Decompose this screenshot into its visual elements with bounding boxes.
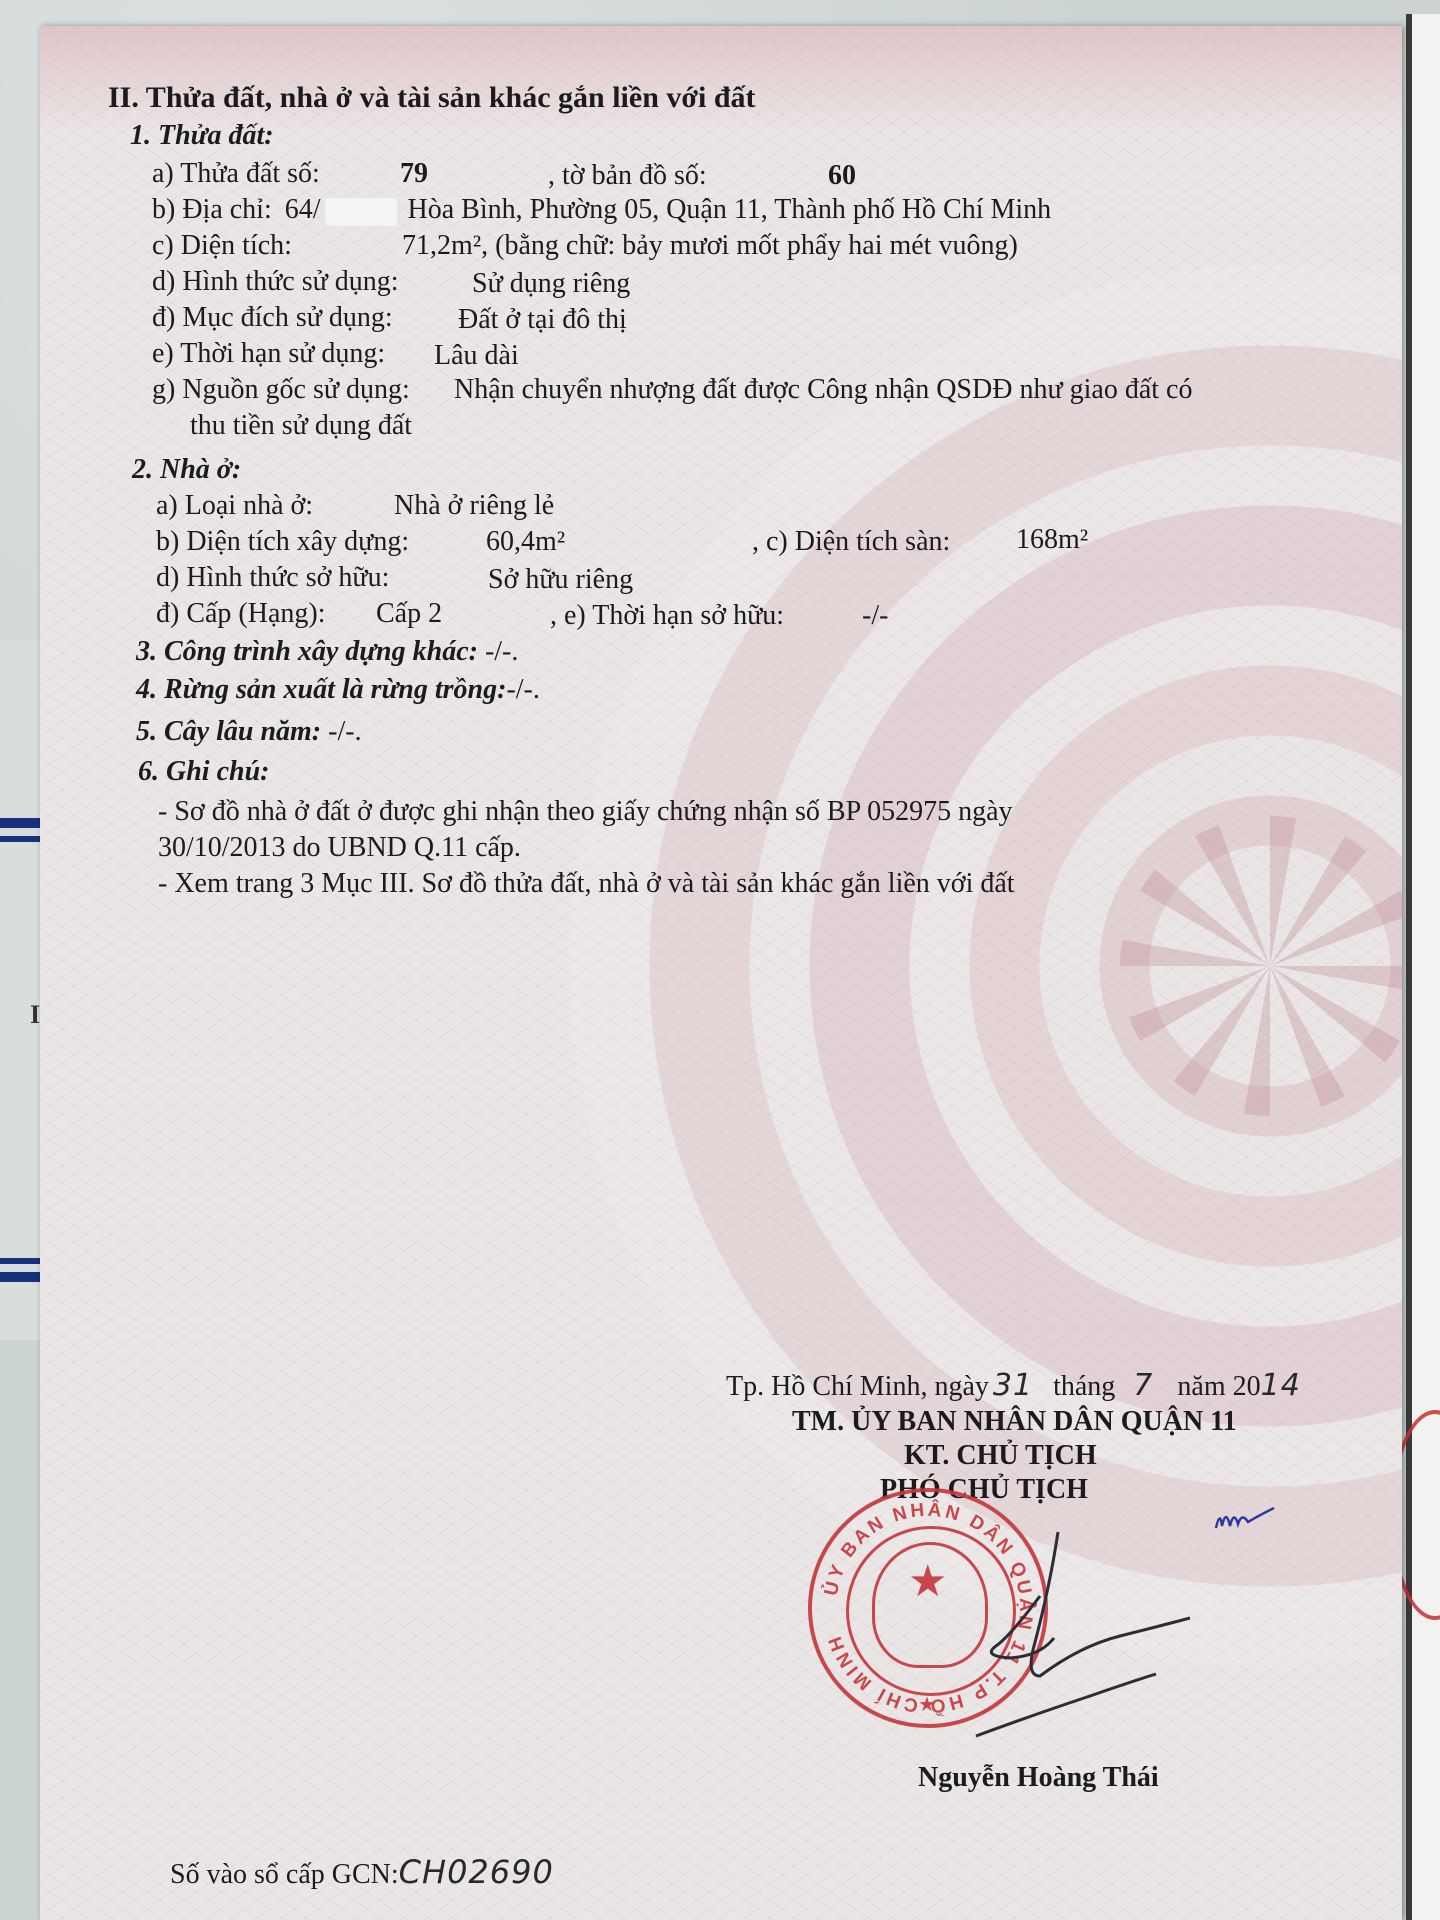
address-label: b) Địa chỉ: xyxy=(152,194,272,225)
parcel-label: a) Thửa đất số: xyxy=(152,158,320,190)
redacted-block xyxy=(325,198,397,226)
star-icon: ★ xyxy=(908,1560,947,1604)
parcel-number: 79 xyxy=(400,158,428,190)
year-label: năm 20 xyxy=(1177,1371,1260,1402)
use-form-value: Sử dụng riêng xyxy=(472,268,630,300)
address-row: b) Địa chỉ: 64/ Hòa Bình, Phường 05, Quậ… xyxy=(152,194,1051,226)
use-purpose-label: đ) Mục đích sử dụng: xyxy=(152,302,393,334)
use-term-label: e) Thời hạn sử dụng: xyxy=(152,338,385,370)
origin-value-line1: Nhận chuyển nhượng đất được Công nhận QS… xyxy=(454,374,1192,406)
other-construction-label: 3. Công trình xây dựng khác: xyxy=(136,636,478,667)
signature-icon xyxy=(970,1526,1230,1751)
origin-label: g) Nguồn gốc sử dụng: xyxy=(152,374,410,406)
notes-heading: 6. Ghi chú: xyxy=(138,756,269,788)
use-form-label: d) Hình thức sử dụng: xyxy=(152,266,399,298)
role-kt-chu-tich: KT. CHỦ TỊCH xyxy=(904,1440,1097,1472)
other-construction-row: 3. Công trình xây dựng khác: -/-. xyxy=(136,636,518,668)
ownership-term-label: , e) Thời hạn sở hữu: xyxy=(550,600,784,632)
floor-area-value: 168m² xyxy=(1016,524,1088,556)
notes-line2: 30/10/2013 do UBND Q.11 cấp. xyxy=(158,832,521,864)
month-label: tháng xyxy=(1053,1371,1115,1402)
origin-value-line2: thu tiền sử dụng đất xyxy=(190,410,412,442)
perennial-label: 5. Cây lâu năm: xyxy=(136,716,321,747)
house-type-value: Nhà ở riêng lẻ xyxy=(394,490,554,522)
grade-value: Cấp 2 xyxy=(376,598,442,630)
build-area-label: b) Diện tích xây dựng: xyxy=(156,526,409,558)
perennial-row: 5. Cây lâu năm: -/-. xyxy=(136,716,362,748)
registry-value: CH02690 xyxy=(399,1853,554,1891)
star-small-icon: ★ xyxy=(918,1692,936,1717)
area-label: c) Diện tích: xyxy=(152,230,292,262)
house-type-label: a) Loại nhà ở: xyxy=(156,490,313,522)
build-area-value: 60,4m² xyxy=(486,526,565,558)
floor-area-label: , c) Diện tích sàn: xyxy=(752,526,950,558)
signing-date: Tp. Hồ Chí Minh, ngày31tháng7năm 2014 xyxy=(726,1370,1301,1403)
registry-row: Số vào sổ cấp GCN:CH02690 xyxy=(170,1856,554,1891)
address-rest: Hòa Bình, Phường 05, Quận 11, Thành phố … xyxy=(408,194,1052,225)
ownership-label: d) Hình thức sở hữu: xyxy=(156,562,389,594)
signing-day: 31 xyxy=(993,1368,1033,1403)
ownership-value: Sở hữu riêng xyxy=(488,564,633,596)
drum-star-watermark xyxy=(1120,816,1402,1116)
forest-row: 4. Rừng sản xuất là rừng trồng:-/-. xyxy=(136,674,540,706)
forest-value: -/-. xyxy=(506,674,539,705)
use-term-value: Lâu dài xyxy=(434,340,519,372)
area-value: 71,2m², (bằng chữ: bảy mươi mốt phẩy hai… xyxy=(402,230,1018,262)
place-prefix: Tp. Hồ Chí Minh, ngày xyxy=(726,1371,989,1402)
map-sheet-number: 60 xyxy=(828,160,856,192)
forest-label: 4. Rừng sản xuất là rừng trồng: xyxy=(136,674,506,705)
signing-month: 7 xyxy=(1133,1368,1153,1403)
underlying-sheet-right xyxy=(1406,14,1440,1920)
certificate-page: II. Thửa đất, nhà ở và tài sản khác gắn … xyxy=(40,26,1402,1920)
map-sheet-label: , tờ bản đồ số: xyxy=(548,160,707,192)
house-heading: 2. Nhà ở: xyxy=(132,454,241,486)
notes-line1: - Sơ đồ nhà ở đất ở được ghi nhận theo g… xyxy=(158,796,1013,828)
use-purpose-value: Đất ở tại đô thị xyxy=(458,304,627,336)
other-construction-value: -/-. xyxy=(485,636,518,667)
land-heading: 1. Thửa đất: xyxy=(130,120,274,152)
grade-label: đ) Cấp (Hạng): xyxy=(156,598,326,630)
ownership-term-value: -/- xyxy=(862,600,888,632)
notes-line3: - Xem trang 3 Mục III. Sơ đồ thửa đất, n… xyxy=(158,868,1015,900)
registry-label: Số vào sổ cấp GCN: xyxy=(170,1859,399,1890)
section-heading: II. Thửa đất, nhà ở và tài sản khác gắn … xyxy=(108,82,756,114)
signer-name: Nguyễn Hoàng Thái xyxy=(918,1762,1159,1794)
signing-year-suffix: 14 xyxy=(1261,1368,1301,1403)
authority: TM. ỦY BAN NHÂN DÂN QUẬN 11 xyxy=(792,1406,1237,1438)
perennial-value: -/-. xyxy=(328,716,361,747)
address-prefix: 64/ xyxy=(285,194,321,225)
